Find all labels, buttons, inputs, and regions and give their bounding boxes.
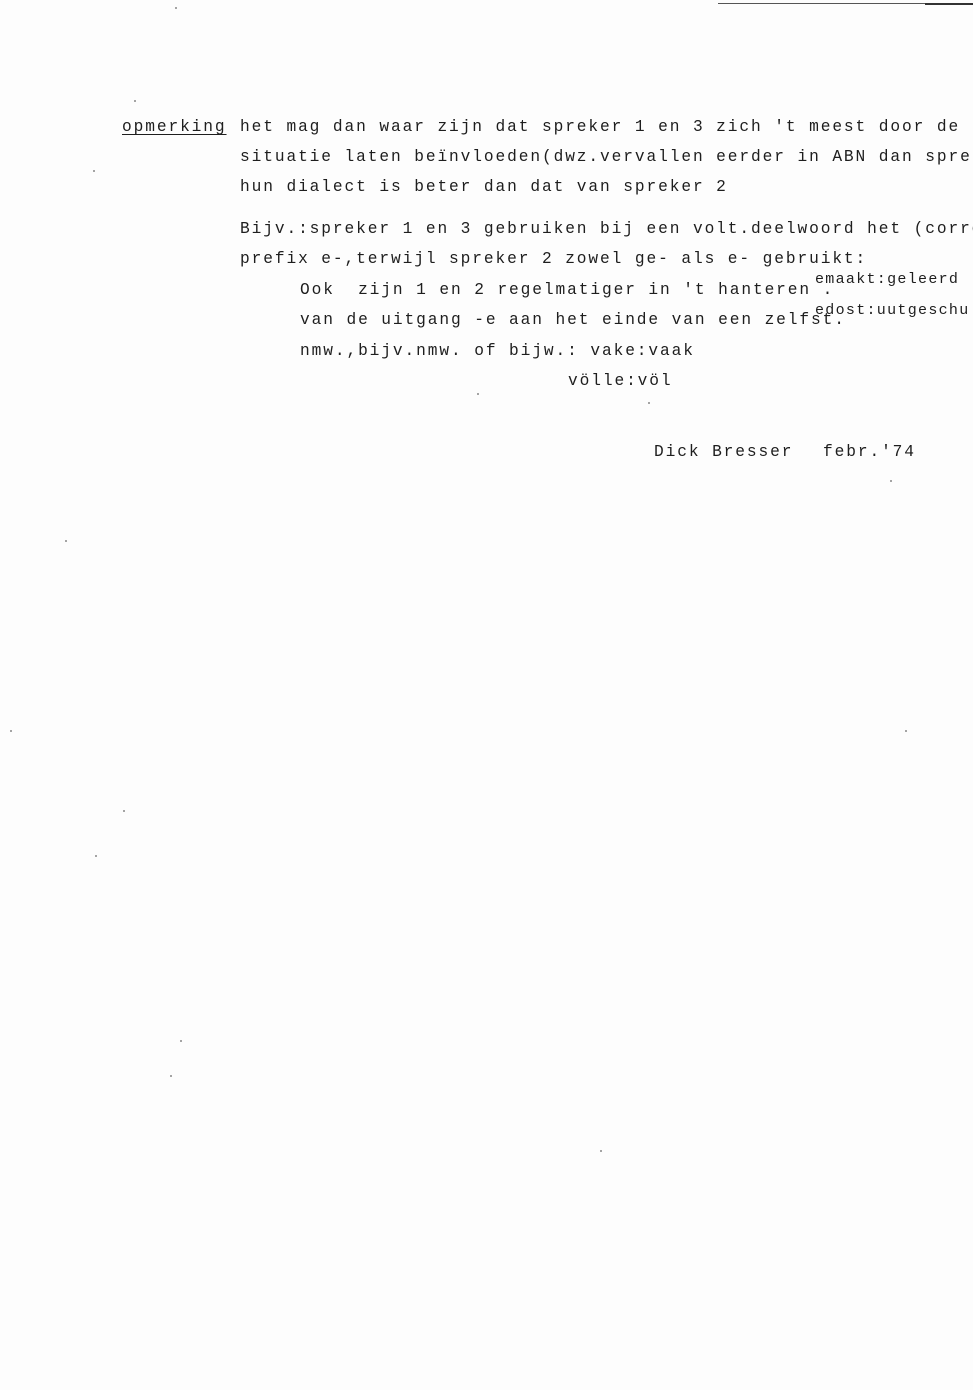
- scan-speck: [123, 810, 125, 812]
- ook-line-3: nmw.,bijv.nmw. of bijw.: vake:vaak: [300, 341, 695, 361]
- word-example: völle:völ: [568, 371, 673, 391]
- scan-speck: [180, 1040, 182, 1042]
- scan-speck: [175, 7, 177, 9]
- scan-speck: [10, 730, 12, 732]
- remark-line-3: hun dialect is beter dan dat van spreker…: [240, 177, 728, 197]
- remark-line-2: situatie laten beïnvloeden(dwz.vervallen…: [240, 147, 973, 167]
- example-line-1: Bijv.:spreker 1 en 3 gebruiken bij een v…: [240, 219, 973, 239]
- scan-speck: [65, 540, 67, 542]
- example-line-2: prefix e-,terwijl spreker 2 zowel ge- al…: [240, 249, 867, 269]
- ook-line-1: Ook zijn 1 en 2 regelmatiger in 't hante…: [300, 280, 834, 300]
- scan-speck: [134, 100, 136, 102]
- scan-speck: [905, 730, 907, 732]
- scan-speck: [95, 855, 97, 857]
- scan-speck: [890, 480, 892, 482]
- section-label: opmerking: [122, 117, 227, 137]
- scan-speck: [600, 1150, 602, 1152]
- ook-line-2: van de uitgang -e aan het einde van een …: [300, 310, 846, 330]
- scan-speck: [648, 402, 650, 404]
- signature-date: febr.'74: [823, 442, 916, 462]
- signature-author: Dick Bresser: [654, 442, 793, 462]
- scan-speck: [477, 393, 479, 395]
- scan-edge-mark: [925, 3, 973, 5]
- typewritten-page: opmerking het mag dan waar zijn dat spre…: [0, 0, 973, 1390]
- margin-example-1: emaakt:geleerd: [815, 270, 959, 290]
- scan-speck: [170, 1075, 172, 1077]
- scan-speck: [93, 170, 95, 172]
- remark-line-1: het mag dan waar zijn dat spreker 1 en 3…: [240, 117, 960, 137]
